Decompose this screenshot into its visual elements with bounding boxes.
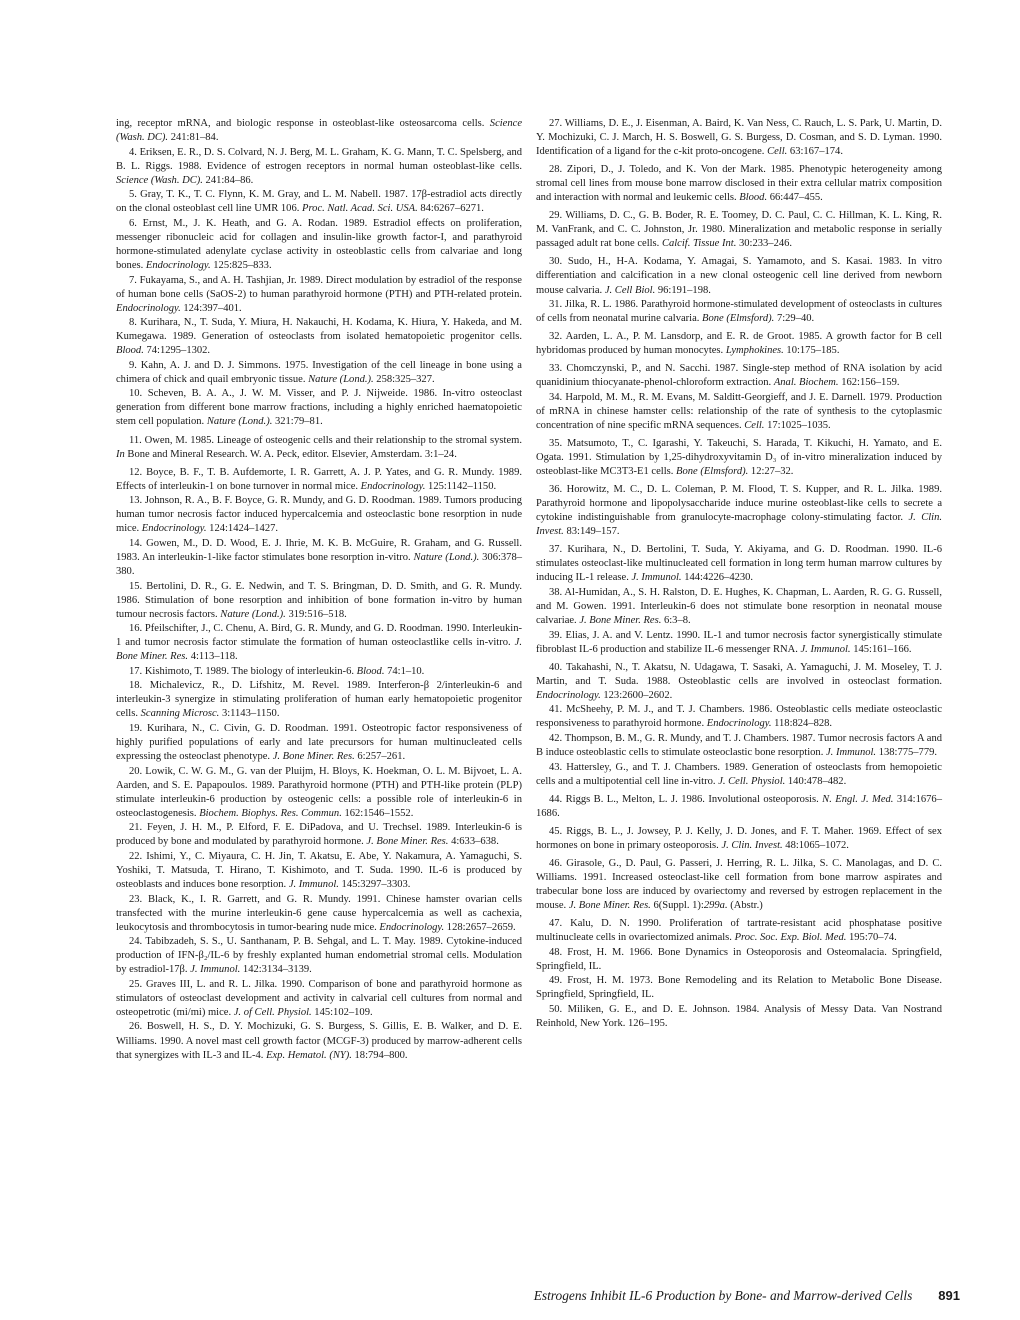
reference-text: 7:29–40.	[774, 313, 814, 324]
reference-item: 20. Lowik, C. W. G. M., G. van der Pluij…	[116, 765, 522, 821]
reference-journal: Exp. Hematol. (NY).	[266, 1050, 352, 1061]
reference-item: 38. Al-Humidan, A., S. H. Ralston, D. E.…	[536, 586, 942, 628]
reference-item: 50. Miliken, G. E., and D. E. Johnson. 1…	[536, 1003, 942, 1031]
reference-journal: Proc. Natl. Acad. Sci. USA.	[302, 203, 418, 214]
reference-item: 13. Johnson, R. A., B. F. Boyce, G. R. M…	[116, 494, 522, 536]
reference-item: 28. Zipori, D., J. Toledo, and K. Von de…	[536, 163, 942, 205]
reference-item: 41. McSheehy, P. M. J., and T. J. Chambe…	[536, 703, 942, 731]
reference-text: 162:1546–1552.	[342, 808, 414, 819]
reference-text: 10:175–185.	[784, 345, 840, 356]
reference-text: 4:113–118.	[188, 651, 238, 662]
reference-text: 49. Frost, H. M. 1973. Bone Remodeling a…	[536, 975, 942, 1000]
reference-journal: Endocrinology.	[707, 718, 772, 729]
reference-item: 17. Kishimoto, T. 1989. The biology of i…	[116, 665, 522, 679]
reference-text: 6:257–261.	[355, 751, 405, 762]
reference-text: 125:825–833.	[211, 260, 272, 271]
reference-text: 321:79–81.	[272, 416, 322, 427]
reference-journal: Endocrinology.	[146, 260, 211, 271]
reference-text: Bone and Mineral Research. W. A. Peck, e…	[125, 449, 457, 460]
reference-journal: J. Bone Miner. Res.	[579, 615, 661, 626]
reference-text: 319:516–518.	[286, 609, 347, 620]
reference-item: 16. Pfeilschifter, J., C. Chenu, A. Bird…	[116, 622, 522, 664]
reference-journal: Nature (Lond.).	[308, 374, 374, 385]
reference-item: 6. Ernst, M., J. K. Heath, and G. A. Rod…	[116, 217, 522, 273]
reference-journal: Endocrinology.	[116, 303, 181, 314]
reference-text: 4. Eriksen, E. R., D. S. Colvard, N. J. …	[116, 147, 522, 172]
reference-item: 48. Frost, H. M. 1966. Bone Dynamics in …	[536, 946, 942, 974]
reference-text: 6(Suppl. 1):	[651, 900, 704, 911]
reference-journal: Cell.	[744, 420, 764, 431]
reference-text: 84:6267–6271.	[418, 203, 484, 214]
reference-item: 31. Jilka, R. L. 1986. Parathyroid hormo…	[536, 298, 942, 326]
reference-text: 4:633–638.	[448, 836, 498, 847]
reference-journal: J. Cell. Physiol.	[718, 776, 785, 787]
reference-item: 5. Gray, T. K., T. C. Flynn, K. M. Gray,…	[116, 188, 522, 216]
reference-item: 34. Harpold, M. M., R. M. Evans, M. Sald…	[536, 391, 942, 433]
reference-text: 34. Harpold, M. M., R. M. Evans, M. Sald…	[536, 392, 942, 431]
reference-journal: Bone (Elmsford).	[676, 466, 748, 477]
reference-text: 83:149–157.	[564, 526, 620, 537]
reference-text: 145:161–166.	[851, 644, 912, 655]
reference-text: 74:1–10.	[384, 666, 424, 677]
reference-text: 144:4226–4230.	[682, 572, 754, 583]
reference-text: 17. Kishimoto, T. 1989. The biology of i…	[129, 666, 357, 677]
reference-text: 124:397–401.	[181, 303, 242, 314]
reference-journal: 299a.	[704, 900, 728, 911]
reference-text: 8. Kurihara, N., T. Suda, Y. Miura, H. N…	[116, 317, 522, 342]
reference-item: 23. Black, K., I. R. Garrett, and G. R. …	[116, 893, 522, 935]
reference-text: 241:81–84.	[168, 132, 218, 143]
reference-text: 258:325–327.	[374, 374, 435, 385]
reference-journal: Blood.	[739, 192, 767, 203]
reference-item: 22. Ishimi, Y., C. Miyaura, C. H. Jin, T…	[116, 850, 522, 892]
reference-item: 44. Riggs B. L., Melton, L. J. 1986. Inv…	[536, 793, 942, 821]
reference-item: 24. Tabibzadeh, S. S., U. Santhanam, P. …	[116, 935, 522, 977]
reference-journal: Nature (Lond.).	[414, 552, 480, 563]
reference-item: 29. Williams, D. C., G. B. Boder, R. E. …	[536, 209, 942, 251]
reference-item: 46. Girasole, G., D. Paul, G. Passeri, J…	[536, 857, 942, 913]
reference-text: 124:1424–1427.	[207, 523, 279, 534]
reference-journal: Bone (Elmsford).	[702, 313, 774, 324]
reference-text: 96:191–198.	[655, 285, 711, 296]
reference-item: 43. Hattersley, G., and T. J. Chambers. …	[536, 761, 942, 789]
reference-item: 33. Chomczynski, P., and N. Sacchi. 1987…	[536, 362, 942, 390]
reference-journal: Endocrinology.	[361, 481, 426, 492]
reference-journal: Calcif. Tissue Int.	[662, 238, 736, 249]
reference-item: 10. Scheven, B. A. A., J. W. M. Visser, …	[116, 387, 522, 429]
reference-journal: J. Clin. Invest.	[721, 840, 782, 851]
reference-item: 8. Kurihara, N., T. Suda, Y. Miura, H. N…	[116, 316, 522, 358]
reference-text: 162:156–159.	[839, 377, 900, 388]
reference-journal: N. Engl. J. Med.	[822, 794, 893, 805]
reference-journal: Lymphokines.	[726, 345, 784, 356]
reference-text: 40. Takahashi, N., T. Akatsu, N. Udagawa…	[536, 662, 942, 687]
reference-journal: J. Bone Miner. Res.	[366, 836, 448, 847]
reference-journal: Nature (Lond.).	[207, 416, 273, 427]
reference-item: 39. Elias, J. A. and V. Lentz. 1990. IL-…	[536, 629, 942, 657]
reference-text: 11. Owen, M. 1985. Lineage of osteogenic…	[129, 435, 522, 446]
reference-text: 241:84–86.	[203, 175, 253, 186]
reference-text: 140:478–482.	[785, 776, 846, 787]
reference-journal: Scanning Microsc.	[141, 708, 220, 719]
reference-text: 50. Miliken, G. E., and D. E. Johnson. 1…	[536, 1004, 942, 1029]
reference-journal: J. Immunol.	[631, 572, 681, 583]
reference-journal: J. Immunol.	[289, 879, 339, 890]
reference-item: 47. Kalu, D. N. 1990. Proliferation of t…	[536, 917, 942, 945]
running-title: Estrogens Inhibit IL-6 Production by Bon…	[534, 1288, 913, 1304]
reference-item: 15. Bertolini, D. R., G. E. Nedwin, and …	[116, 580, 522, 622]
reference-item: 7. Fukayama, S., and A. H. Tashjian, Jr.…	[116, 274, 522, 316]
reference-journal: J. Immunol.	[826, 747, 876, 758]
reference-text: 7. Fukayama, S., and A. H. Tashjian, Jr.…	[116, 275, 522, 300]
reference-item: 36. Horowitz, M. C., D. L. Coleman, P. M…	[536, 483, 942, 539]
reference-text: 48. Frost, H. M. 1966. Bone Dynamics in …	[536, 947, 942, 972]
reference-item: 25. Graves III, L. and R. L. Jilka. 1990…	[116, 978, 522, 1020]
reference-journal: J. Cell Biol.	[605, 285, 655, 296]
reference-text: 125:1142–1150.	[425, 481, 496, 492]
reference-item: 21. Feyen, J. H. M., P. Elford, F. E. Di…	[116, 821, 522, 849]
reference-item: 9. Kahn, A. J. and D. J. Simmons. 1975. …	[116, 359, 522, 387]
reference-journal: Anal. Biochem.	[774, 377, 839, 388]
reference-text: 3:1143–1150.	[219, 708, 279, 719]
reference-journal: Endocrinology.	[379, 922, 444, 933]
reference-text: 12:27–32.	[748, 466, 793, 477]
reference-text: 30. Sudo, H., H-A. Kodama, Y. Amagai, S.…	[536, 256, 942, 295]
page-footer: Estrogens Inhibit IL-6 Production by Bon…	[500, 1288, 960, 1308]
reference-text: 138:775–779.	[876, 747, 937, 758]
reference-continuation: ing, receptor mRNA, and biologic respons…	[116, 117, 522, 145]
reference-text: 66:447–455.	[767, 192, 823, 203]
reference-text: 145:3297–3303.	[339, 879, 411, 890]
reference-journal: Endocrinology.	[536, 690, 601, 701]
reference-text: 48:1065–1072.	[783, 840, 849, 851]
reference-text: 128:2657–2659.	[444, 922, 516, 933]
reference-text: 36. Horowitz, M. C., D. L. Coleman, P. M…	[536, 484, 942, 523]
journal-page: ing, receptor mRNA, and biologic respons…	[0, 0, 1020, 1320]
reference-text: 27. Williams, D. E., J. Eisenman, A. Bai…	[536, 118, 942, 157]
reference-journal: Blood.	[116, 345, 144, 356]
reference-item: 26. Boswell, H. S., D. Y. Mochizuki, G. …	[116, 1020, 522, 1062]
reference-text: 44. Riggs B. L., Melton, L. J. 1986. Inv…	[549, 794, 822, 805]
reference-text: 24. Tabibzadeh, S. S., U. Santhanam, P. …	[116, 936, 522, 975]
reference-text: 16. Pfeilschifter, J., C. Chenu, A. Bird…	[116, 623, 522, 648]
reference-journal: Cell.	[767, 146, 787, 157]
reference-text: 30:233–246.	[736, 238, 792, 249]
reference-journal: Proc. Soc. Exp. Biol. Med.	[735, 932, 847, 943]
reference-journal: J. Bone Miner. Res.	[569, 900, 651, 911]
reference-journal: Biochem. Biophys. Res. Commun.	[199, 808, 342, 819]
reference-item: 27. Williams, D. E., J. Eisenman, A. Bai…	[536, 117, 942, 159]
reference-item: 32. Aarden, L. A., P. M. Lansdorp, and E…	[536, 330, 942, 358]
reference-journal: Endocrinology.	[142, 523, 207, 534]
reference-text: (Abstr.)	[728, 900, 763, 911]
page-number: 891	[938, 1288, 960, 1303]
reference-item: 45. Riggs, B. L., J. Jowsey, P. J. Kelly…	[536, 825, 942, 853]
reference-text: 74:1295–1302.	[144, 345, 210, 356]
reference-journal: J. Immunol.	[800, 644, 850, 655]
reference-item: 14. Gowen, M., D. D. Wood, E. J. Ihrie, …	[116, 537, 522, 579]
reference-text: 123:2600–2602.	[601, 690, 673, 701]
references-column-left: ing, receptor mRNA, and biologic respons…	[116, 117, 522, 1063]
reference-text: 195:70–74.	[846, 932, 896, 943]
reference-text: 145:102–109.	[312, 1007, 373, 1018]
reference-item: 4. Eriksen, E. R., D. S. Colvard, N. J. …	[116, 146, 522, 188]
reference-journal: J. of Cell. Physiol.	[234, 1007, 312, 1018]
reference-journal: In	[116, 449, 125, 460]
reference-text: 6:3–8.	[661, 615, 690, 626]
references-column-right: 27. Williams, D. E., J. Eisenman, A. Bai…	[536, 117, 942, 1031]
reference-text: 118:824–828.	[772, 718, 833, 729]
reference-item: 42. Thompson, B. M., G. R. Mundy, and T.…	[536, 732, 942, 760]
reference-item: 18. Michalevicz, R., D. Lifshitz, M. Rev…	[116, 679, 522, 721]
reference-item: 37. Kurihara, N., D. Bertolini, T. Suda,…	[536, 543, 942, 585]
reference-text: ing, receptor mRNA, and biologic respons…	[116, 118, 490, 129]
reference-item: 12. Boyce, B. F., T. B. Aufdemorte, I. R…	[116, 466, 522, 494]
reference-item: 19. Kurihara, N., C. Civin, G. D. Roodma…	[116, 722, 522, 764]
reference-item: 35. Matsumoto, T., C. Igarashi, Y. Takeu…	[536, 437, 942, 479]
reference-journal: J. Bone Miner. Res.	[273, 751, 355, 762]
reference-item: 40. Takahashi, N., T. Akatsu, N. Udagawa…	[536, 661, 942, 703]
reference-journal: Blood.	[357, 666, 385, 677]
reference-text: 18:794–800.	[352, 1050, 408, 1061]
reference-journal: Nature (Lond.).	[220, 609, 286, 620]
reference-text: 63:167–174.	[787, 146, 843, 157]
reference-journal: J. Immunol.	[190, 964, 240, 975]
reference-item: 49. Frost, H. M. 1973. Bone Remodeling a…	[536, 974, 942, 1002]
reference-item: 11. Owen, M. 1985. Lineage of osteogenic…	[116, 434, 522, 462]
reference-text: 142:3134–3139.	[240, 964, 312, 975]
reference-journal: Science (Wash. DC).	[116, 175, 203, 186]
reference-text: 17:1025–1035.	[764, 420, 830, 431]
reference-item: 30. Sudo, H., H-A. Kodama, Y. Amagai, S.…	[536, 255, 942, 297]
